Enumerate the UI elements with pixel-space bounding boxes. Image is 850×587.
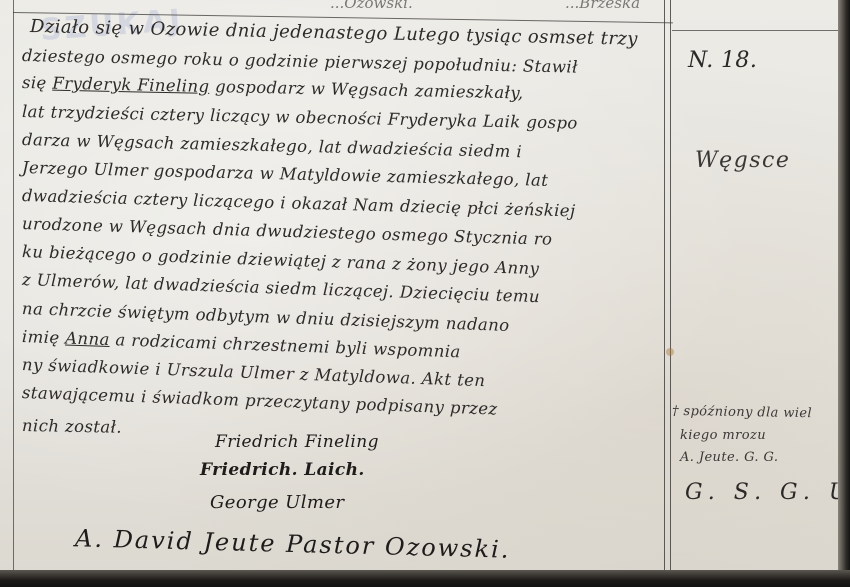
body-line-3-prefix: się [22, 73, 53, 93]
frame-bottom-edge [0, 570, 850, 587]
body-line-15: nich został. [22, 416, 122, 437]
margin-initials: G. S. G. U. [685, 480, 850, 505]
child-name: Anna [65, 329, 110, 350]
document-scan: SZUKAJ ...Ozowski. ...Brzeska Działo się… [0, 0, 850, 587]
body-line-12-prefix: imię [22, 327, 66, 347]
previous-record-fragment-left: ...Ozowski. [330, 0, 413, 12]
signature-witness-2: George Ulmer [210, 492, 344, 513]
margin-note-line-3: A. Jeute. G. G. [680, 450, 778, 465]
margin-note-line-1: † spóźniony dla wiel [672, 404, 812, 421]
column-divider-right [670, 0, 671, 572]
paper-stain [666, 348, 674, 356]
column-divider-left [664, 0, 665, 572]
signature-witness-1: Friedrich. Laich. [200, 460, 365, 480]
top-rule-right-column [672, 30, 840, 31]
left-margin-rule [13, 0, 14, 570]
village-name: Węgsce [695, 148, 790, 173]
frame-right-edge [838, 0, 850, 587]
margin-note-line-2: kiego mrozu [680, 428, 766, 443]
father-name: Fryderyk Fineling [52, 74, 209, 96]
signature-father: Friedrich Fineling [215, 432, 379, 452]
previous-record-fragment-right: ...Brzeska [565, 0, 640, 12]
record-number: N. 18. [688, 48, 757, 73]
